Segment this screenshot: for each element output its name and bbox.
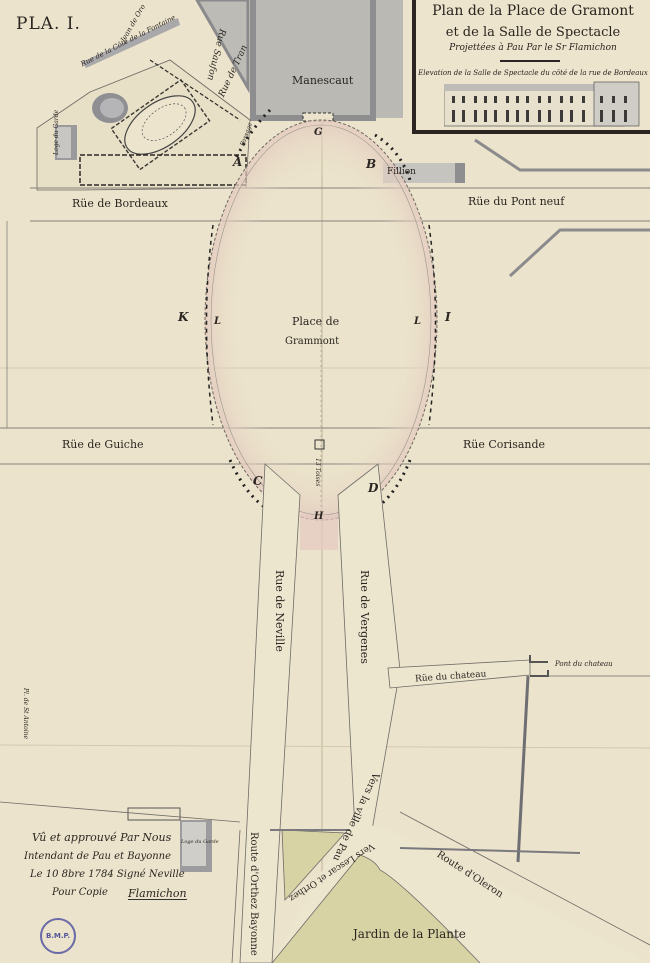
point-letter-a: A: [233, 156, 242, 168]
point-letter-l-right: L: [414, 317, 421, 327]
label-loge-garde-top: Loge du Garde: [54, 110, 60, 155]
point-letter-g: G: [314, 128, 323, 138]
street-pont-neuf: Rüe du Pont neuf: [468, 196, 564, 207]
title-line-2: et de la Salle de Spectacle: [416, 25, 650, 40]
label-fillion: Fillion: [387, 168, 416, 177]
street-bordeaux: Rüe de Bordeaux: [72, 198, 168, 209]
label-place-de: Place de: [292, 316, 339, 327]
label-grammont: Grammont: [285, 337, 339, 347]
plate-label: PLA. I.: [16, 16, 81, 33]
point-letter-h: H: [314, 512, 323, 522]
point-letter-b: B: [366, 158, 376, 170]
point-letter-k: K: [178, 311, 188, 323]
street-corisande: Rüe Corisande: [463, 439, 545, 450]
theatre-elevation-drawing: [444, 80, 644, 128]
street-neville: Rue de Neville: [274, 570, 285, 652]
approval-line-3: Le 10 8bre 1784 Signé Neville: [30, 870, 185, 880]
title-line-1: Plan de la Place de Gramont: [416, 3, 650, 19]
label-jardin-de-la-plante: Jardin de la Plante: [353, 928, 466, 940]
point-letter-l-left: L: [214, 317, 221, 327]
street-guiche: Rüe de Guiche: [62, 439, 144, 450]
approval-line-1: Vû et approuvé Par Nous: [32, 832, 171, 843]
label-loge-garde-bottom: Loge du Garde: [181, 840, 219, 845]
label-left-margin-note: Pl. de St Antoine: [22, 688, 28, 739]
map-drawing: [0, 0, 650, 963]
label-pont-du-chateau: Pont du chateau: [555, 661, 613, 668]
point-letter-c: C: [253, 475, 263, 487]
title-subtitle: Projettées à Pau Par le Sr Flamichon: [416, 43, 650, 53]
label-manescaut: Manescaut: [292, 75, 353, 86]
street-orthez-bayonne: Route d'Orthez Bayonne: [248, 832, 258, 956]
elevation-caption: Elevation de la Salle de Spectacle du cô…: [416, 69, 650, 77]
approval-signature: Flamichon: [128, 888, 187, 900]
approval-line-4: Pour Copie: [52, 888, 108, 898]
library-stamp: B.M.P.: [40, 918, 76, 954]
point-letter-i: I: [445, 311, 451, 323]
street-vergenes: Rue de Vergenes: [359, 570, 370, 664]
title-rule: [500, 60, 560, 62]
title-cartouche: Plan de la Place de Gramont et de la Sal…: [412, 0, 650, 134]
label-13-toises: 13 Toises: [314, 458, 320, 486]
historical-map: PLA. I. Plan de la Place de Gramont et d…: [0, 0, 650, 963]
approval-line-2: Intendant de Pau et Bayonne: [24, 852, 171, 862]
point-letter-d: D: [368, 482, 378, 494]
